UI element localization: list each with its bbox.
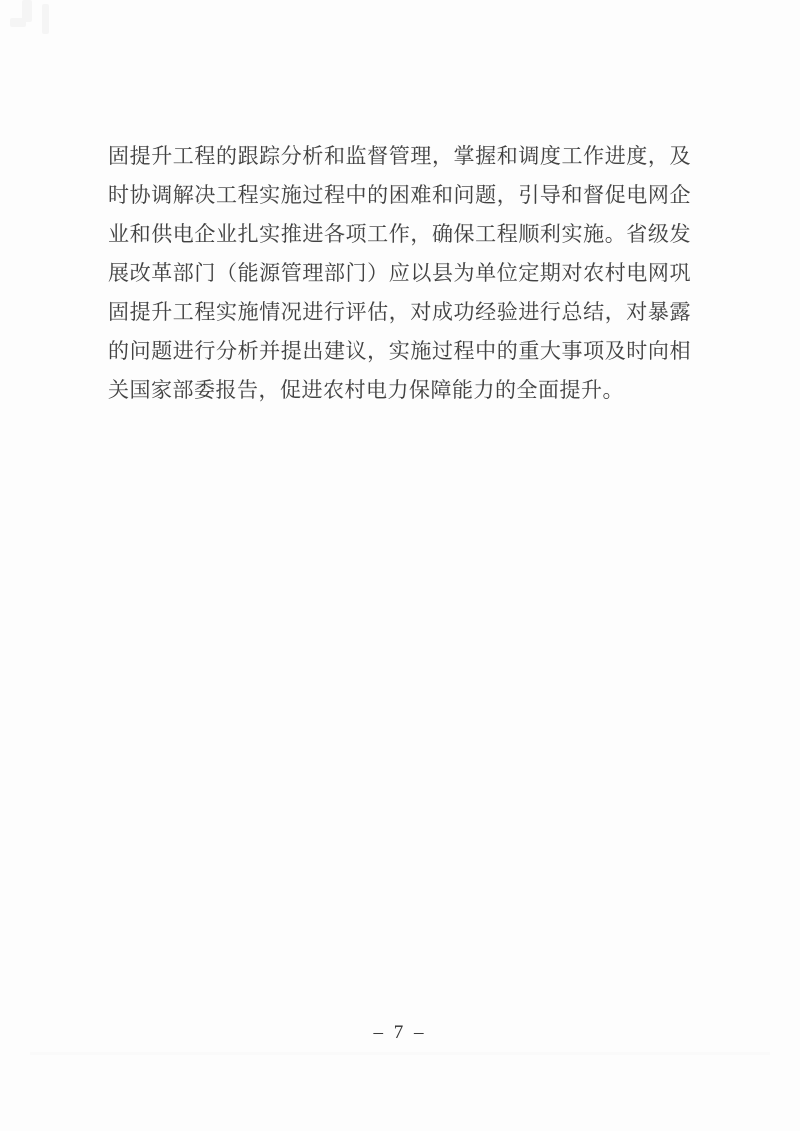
scan-noise-artifact: [8, 0, 78, 42]
paragraph-line: 时协调解决工程实施过程中的困难和问题，引导和督促电网企: [108, 176, 691, 215]
body-paragraph: 固提升工程的跟踪分析和监督管理，掌握和调度工作进度，及 时协调解决工程实施过程中…: [108, 137, 691, 410]
page-number: – 7 –: [374, 1022, 427, 1044]
scan-smudge: [42, 4, 49, 34]
paragraph-line: 的问题进行分析并提出建议，实施过程中的重大事项及时向相: [108, 332, 691, 371]
paragraph-line: 关国家部委报告，促进农村电力保障能力的全面提升。: [108, 371, 691, 410]
scan-noise-band: [30, 1052, 770, 1055]
paragraph-line: 展改革部门（能源管理部门）应以县为单位定期对农村电网巩: [108, 254, 691, 293]
scan-smudge: [10, 18, 26, 27]
paragraph-line: 固提升工程实施情况进行评估，对成功经验进行总结，对暴露: [108, 293, 691, 332]
paragraph-line: 固提升工程的跟踪分析和监督管理，掌握和调度工作进度，及: [108, 137, 691, 176]
document-page: 固提升工程的跟踪分析和监督管理，掌握和调度工作进度，及 时协调解决工程实施过程中…: [0, 0, 800, 1131]
page-footer: – 7 –: [0, 1022, 800, 1044]
paragraph-line: 业和供电企业扎实推进各项工作，确保工程顺利实施。省级发: [108, 215, 691, 254]
